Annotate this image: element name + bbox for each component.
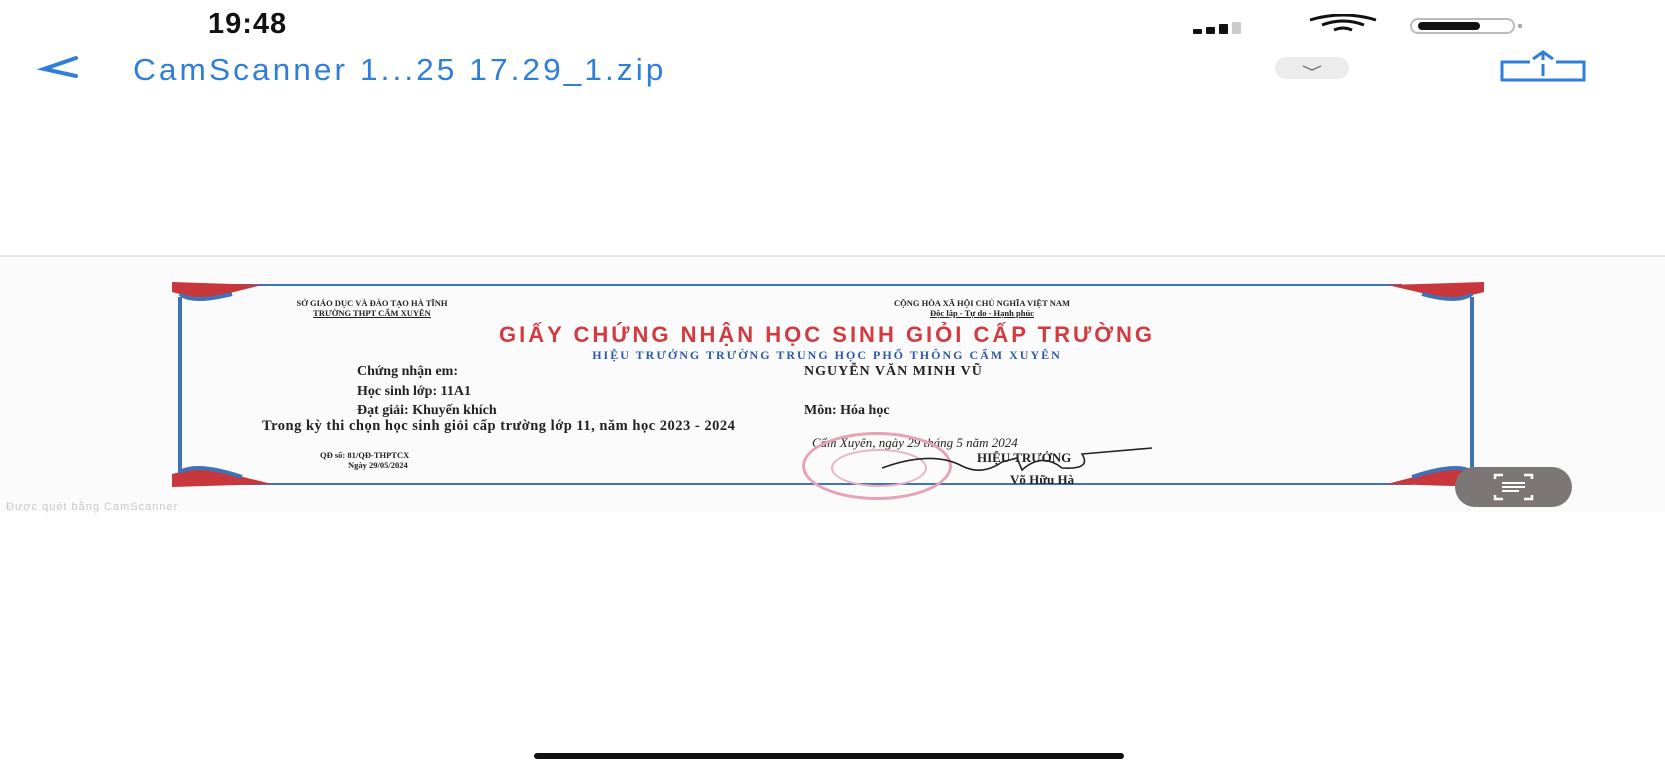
scanner-watermark: Được quét bằng CamScanner [6, 501, 178, 513]
battery-fill [1418, 22, 1480, 30]
status-bar: 19:48 [0, 0, 1665, 50]
exam-line: Trong kỳ thi chọn học sinh giỏi cấp trườ… [262, 418, 735, 435]
header-left-line1: SỞ GIÁO DỤC VÀ ĐÀO TẠO HÀ TĨNH [202, 298, 542, 308]
wifi-icon [1308, 14, 1378, 36]
battery-icon [1410, 18, 1515, 34]
header-right: CỘNG HÒA XÃ HỘI CHỦ NGHĨA VIỆT NAM Độc l… [762, 298, 1202, 318]
chevron-left-icon [44, 58, 76, 76]
class-label: Học sinh lớp: 11A1 [357, 384, 471, 400]
header-left-line2: TRƯỜNG THPT CẨM XUYÊN [202, 308, 542, 318]
certificate-title: GIẤY CHỨNG NHẬN HỌC SINH GIỎI CẤP TRƯỜNG [207, 322, 1447, 348]
share-button[interactable] [1500, 50, 1586, 84]
decision-number: QĐ số: 81/QĐ-THPTCX [320, 450, 409, 460]
subject-label: Môn: Hóa học [804, 403, 890, 419]
signer-name: Võ Hữu Hà [1010, 472, 1074, 488]
home-indicator[interactable] [534, 753, 1124, 759]
certificate: SỞ GIÁO DỤC VÀ ĐÀO TẠO HÀ TĨNH TRƯỜNG TH… [172, 282, 1484, 487]
header-right-line1: CỘNG HÒA XÃ HỘI CHỦ NGHĨA VIỆT NAM [762, 298, 1202, 308]
chevron-down-icon [1275, 57, 1349, 79]
corner-ornament-bottom-left [172, 467, 272, 487]
header-right-line2: Độc lập - Tự do - Hạnh phúc [762, 308, 1202, 318]
header-left: SỞ GIÁO DỤC VÀ ĐÀO TẠO HÀ TĨNH TRƯỜNG TH… [202, 298, 542, 318]
navigation-bar: CamScanner 1...25 17.29_1.zip [0, 44, 1665, 90]
award-label: Đạt giải: Khuyến khích [357, 403, 497, 419]
status-time: 19:48 [208, 8, 287, 41]
certificate-subtitle: HIỆU TRƯỞNG TRƯỜNG TRUNG HỌC PHỔ THÔNG C… [262, 348, 1392, 363]
decision-info: QĐ số: 81/QĐ-THPTCX Ngày 29/05/2024 [320, 450, 409, 470]
live-text-scan-button[interactable] [1455, 467, 1572, 507]
battery-tip [1518, 24, 1522, 28]
cellular-signal-icon [1193, 22, 1241, 34]
back-button[interactable] [36, 52, 86, 86]
file-title: CamScanner 1...25 17.29_1.zip [133, 52, 666, 88]
certify-label: Chứng nhận em: [357, 364, 458, 380]
student-name: NGUYỄN VĂN MINH VŨ [804, 364, 983, 380]
corner-ornament-top-right [1387, 282, 1484, 300]
title-dropdown-button[interactable] [1275, 57, 1349, 79]
decision-date: Ngày 29/05/2024 [320, 460, 409, 470]
share-icon [1502, 52, 1584, 80]
text-scan-icon [1455, 467, 1572, 507]
